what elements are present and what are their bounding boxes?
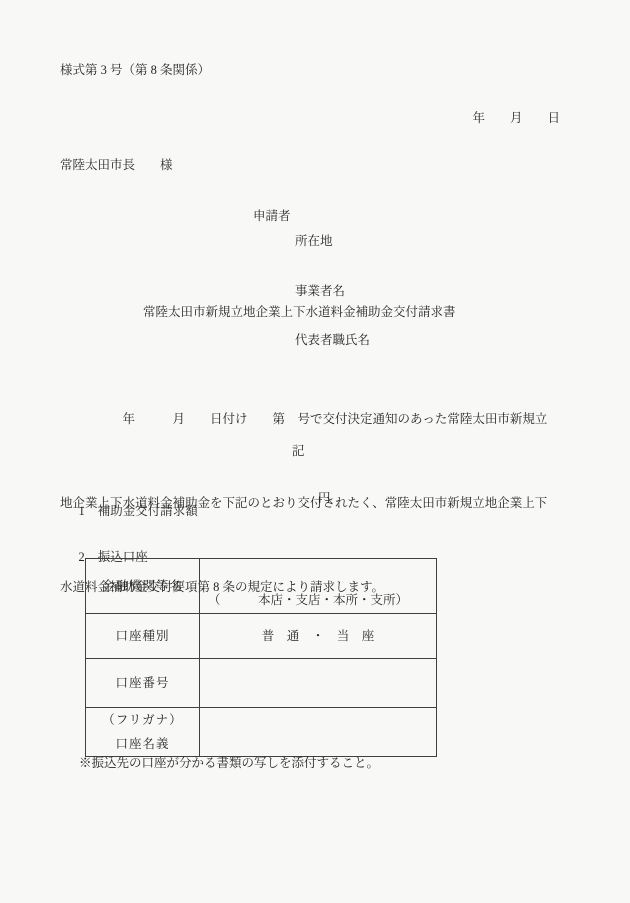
document-title: 常陸太田市新規立地企業上下水道料金補助金交付請求書	[143, 306, 456, 319]
applicant-field-representative: 代表者職氏名	[295, 334, 370, 347]
table-row-account-number: 口座番号	[86, 659, 437, 708]
bank-account-table: 金融機関等名 （ 本店・支店・本所・支所） 口座種別 普 通 ・ 当 座 口座番…	[85, 558, 437, 757]
value-cell-account-holder	[200, 708, 437, 757]
body-line-1: 年 月 日付け 第 号で交付決定通知のあった常陸太田市新規立	[60, 405, 560, 433]
table-row-financial-institution: 金融機関等名 （ 本店・支店・本所・支所）	[86, 559, 437, 614]
header-cell-account-holder: （フリガナ） 口座名義	[86, 708, 200, 757]
header-cell-account-type: 口座種別	[86, 614, 200, 659]
applicant-field-business-name: 事業者名	[295, 285, 370, 298]
section-marker-ki: 記	[292, 445, 305, 458]
header-cell-financial-institution: 金融機関等名	[86, 559, 200, 614]
value-cell-account-number	[200, 659, 437, 708]
item-1-label: 補助金交付請求額	[98, 504, 198, 518]
attachment-note: ※振込先の口座が分かる書類の写しを添付すること。	[79, 757, 379, 770]
header-cell-account-number: 口座番号	[86, 659, 200, 708]
table-row-account-type: 口座種別 普 通 ・ 当 座	[86, 614, 437, 659]
applicant-label: 申請者	[253, 210, 291, 223]
addressee-line: 常陸太田市長 様	[60, 159, 173, 172]
item-1-number: 1	[79, 505, 85, 518]
date-line: 年 月 日	[472, 112, 560, 125]
item-1-currency-unit: 円	[318, 492, 331, 505]
item-subsidy-amount: 1補助金交付請求額	[66, 492, 198, 530]
form-number: 様式第 3 号（第 8 条関係）	[60, 64, 210, 77]
document-page: 様式第 3 号（第 8 条関係） 年 月 日 常陸太田市長 様 申請者 所在地 …	[0, 0, 630, 903]
value-cell-account-type: 普 通 ・ 当 座	[200, 614, 437, 659]
header-account-name: 口座名義	[86, 732, 199, 756]
table-row-account-holder: （フリガナ） 口座名義	[86, 708, 437, 757]
header-furigana: （フリガナ）	[86, 708, 199, 732]
item-2-number: 2	[79, 551, 85, 564]
applicant-field-address: 所在地	[295, 235, 370, 248]
value-cell-branch-options: （ 本店・支店・本所・支所）	[200, 559, 437, 614]
